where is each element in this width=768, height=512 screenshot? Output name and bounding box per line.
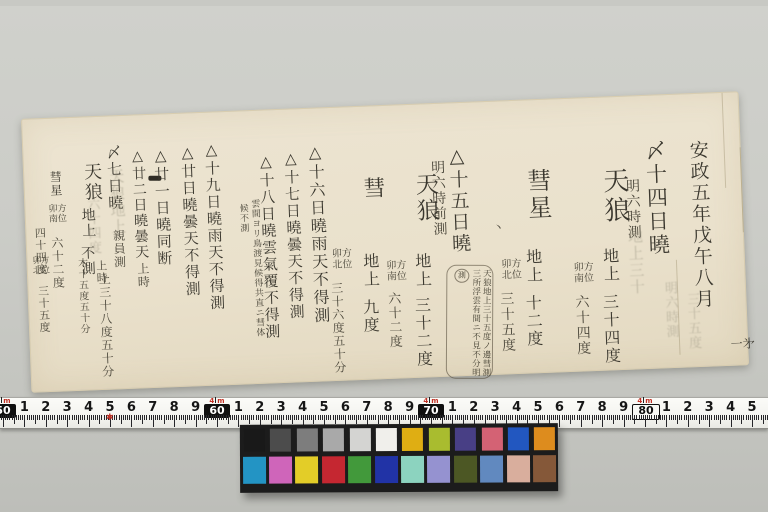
tape-tick: [594, 415, 595, 420]
color-patch: [533, 455, 556, 482]
tape-tick: [7, 415, 8, 420]
tape-tick: [318, 415, 319, 420]
tape-tick: [146, 415, 147, 420]
text-column: 上時: [137, 262, 150, 289]
text-column: 卯南: [384, 260, 395, 282]
tape-tick: [12, 415, 13, 420]
tape-tick: [172, 415, 173, 420]
tape-tick: [705, 415, 706, 420]
tape-tick: [401, 415, 402, 420]
tape-tick: [437, 415, 438, 420]
tape-tick: [557, 415, 558, 420]
tape-tick: [200, 415, 201, 420]
color-patch: [322, 456, 345, 483]
tape-tick: [598, 415, 599, 420]
tape-number: 1: [659, 400, 673, 415]
tape-tick: [286, 415, 287, 420]
tape-tick: [433, 415, 434, 420]
note-line-1: 天狼地上三十五度ノ邊彗測: [481, 269, 490, 375]
tape-meter-label-part: [1, 397, 2, 403]
text-column: △廿一日曉同断: [152, 146, 172, 267]
tape-tick: [519, 415, 520, 420]
color-patch: [480, 455, 503, 482]
tape-tick: [166, 415, 167, 420]
tape-tick: [185, 415, 186, 424]
tape-tick: [592, 415, 593, 424]
tape-tick: [116, 415, 117, 420]
tape-tick: [360, 415, 361, 420]
tape-tick: [101, 415, 102, 420]
tape-tick: [669, 415, 670, 420]
tape-tick: [722, 415, 723, 420]
tape-tick: [33, 415, 34, 420]
tape-tick: [724, 415, 725, 420]
tape-number: 7: [574, 400, 588, 415]
tape-tick: [236, 415, 237, 420]
tape-tick: [142, 415, 143, 424]
tape-number: 6: [338, 400, 352, 415]
tape-tick: [427, 415, 428, 420]
tape-number: 4: [82, 400, 96, 415]
tape-tick: [529, 415, 530, 420]
tape-tick: [76, 415, 77, 420]
tape-tick: [686, 415, 687, 420]
tape-tick: [31, 415, 32, 420]
tape-tick: [752, 415, 753, 427]
tape-tick: [690, 415, 691, 420]
tape-meter-label-part: [643, 397, 644, 403]
tape-tick: [628, 415, 629, 420]
tape-tick: [617, 415, 618, 420]
tape-number: 4: [296, 400, 310, 415]
tape-number: 2: [39, 400, 53, 415]
text-column: △廿二日曉曇天: [130, 148, 148, 260]
tape-tick: [568, 415, 569, 420]
tape-tick: [540, 415, 541, 420]
tape-number: 4: [724, 400, 738, 415]
tape-tick: [746, 415, 747, 420]
tape-tick: [181, 415, 182, 420]
tape-tick: [93, 415, 94, 420]
tape-tick: [251, 415, 252, 420]
bleedthrough-text-column: 三十五度: [685, 292, 700, 351]
tape-tick: [510, 415, 511, 420]
tape-tick: [418, 415, 419, 420]
tape-tick: [82, 415, 83, 420]
tape-meter-label-part: m: [645, 397, 652, 405]
text-column: 卯南: [571, 261, 582, 283]
tape-tick: [636, 415, 637, 420]
tape-tick: [348, 415, 349, 420]
tape-tick: [585, 415, 586, 420]
tape-tick: [429, 415, 430, 420]
tape-number: 3: [702, 400, 716, 415]
tape-meter-label-part: m: [431, 397, 438, 405]
tape-tick: [607, 415, 608, 420]
tape-tick: [375, 415, 376, 420]
tape-tick: [515, 415, 516, 420]
tape-tick: [191, 415, 192, 420]
tape-number: 9: [403, 400, 417, 415]
tape-tick: [395, 415, 396, 420]
tape-tick: [35, 415, 36, 424]
text-column: 候不測: [237, 203, 247, 233]
bleedthrough-text-column: 天狼地上: [108, 168, 126, 236]
tape-tick: [681, 415, 682, 420]
tape-tick: [273, 415, 274, 420]
tape-meter-label: 4m: [0, 397, 16, 405]
tape-number: 7: [146, 400, 160, 415]
tape-tick: [339, 415, 340, 420]
tape-tick: [613, 415, 614, 424]
tape-number: 2: [681, 400, 695, 415]
text-column: 彗星: [524, 168, 550, 223]
tape-tick: [157, 415, 158, 420]
tape-number: 8: [381, 400, 395, 415]
tape-tick: [97, 415, 98, 420]
tape-tick: [352, 415, 353, 420]
tape-tick: [666, 415, 667, 427]
color-patch: [401, 456, 424, 483]
tape-tick: [194, 415, 195, 420]
tape-tick: [307, 415, 308, 420]
tape-tick: [677, 415, 678, 424]
text-column: 六十四度: [574, 294, 590, 356]
tape-tick: [555, 415, 556, 420]
color-patch: [348, 456, 371, 483]
tape-tick: [215, 415, 216, 420]
tape-tick: [765, 415, 766, 420]
tape-tick: [553, 415, 554, 420]
text-column: 三十二度: [413, 296, 432, 368]
tape-tick: [52, 415, 53, 420]
tape-tick: [343, 415, 344, 420]
text-column: 六十二度: [51, 236, 65, 289]
text-column: 卯北: [30, 255, 40, 275]
tape-tick: [493, 415, 494, 420]
tape-number: 5: [745, 400, 759, 415]
color-patch: [270, 429, 291, 452]
tape-tick: [502, 415, 503, 420]
tape-tick: [155, 415, 156, 420]
tape-tick: [298, 415, 299, 420]
tape-number: 5: [317, 400, 331, 415]
tape-tick: [42, 415, 43, 420]
text-column: △十七日曉曇天不得測: [282, 149, 304, 320]
color-patch: [481, 427, 502, 450]
tape-tick: [114, 415, 115, 420]
tape-tick: [183, 415, 184, 420]
tape-number: 1: [231, 400, 245, 415]
tape-tick: [48, 415, 49, 420]
text-column: 卯北: [499, 258, 510, 280]
tape-tick: [626, 415, 627, 420]
tape-tick: [536, 415, 537, 420]
tape-tick: [95, 415, 96, 420]
tape-number: 6: [124, 400, 138, 415]
text-column: 卯北: [329, 248, 340, 270]
color-patch: [455, 428, 476, 451]
tape-tick: [720, 415, 721, 424]
text-column: 三十六度五十分: [331, 282, 347, 375]
tape-tick: [699, 415, 700, 424]
text-column: 卯南: [46, 204, 56, 224]
tape-tick: [369, 415, 370, 420]
tape-tick: [59, 415, 60, 420]
text-column: 彗: [360, 176, 383, 201]
tape-tick: [378, 415, 379, 424]
text-column: 天狼: [412, 172, 437, 224]
color-patch: [323, 428, 344, 451]
tape-tick: [221, 415, 222, 420]
tape-tick: [245, 415, 246, 420]
tape-tick: [16, 415, 17, 420]
tape-tick: [566, 415, 567, 420]
tape-tick: [256, 415, 257, 420]
tape-meter-label-part: [215, 397, 216, 403]
tape-tick: [196, 415, 197, 427]
tape-tick: [743, 415, 744, 420]
tape-tick: [91, 415, 92, 420]
tape-tick: [718, 415, 719, 420]
tape-tick: [258, 415, 259, 420]
tape-tick: [198, 415, 199, 420]
tape-tick: [679, 415, 680, 420]
tape-number: 1: [445, 400, 459, 415]
tape-tick: [756, 415, 757, 420]
tape-tick: [74, 415, 75, 420]
tape-tick: [168, 415, 169, 420]
tape-tick: [525, 415, 526, 420]
color-patch: [454, 456, 477, 483]
tape-tick: [243, 415, 244, 420]
tape-tick: [358, 415, 359, 420]
tape-tick: [405, 415, 406, 420]
tape-tick: [253, 415, 254, 420]
tape-tick: [726, 415, 727, 420]
tape-tick: [3, 415, 4, 427]
background-top-shade: [0, 0, 768, 6]
tape-meter-label-part: 4: [637, 397, 642, 405]
tape-tick: [161, 415, 162, 420]
tape-number: 9: [189, 400, 203, 415]
tape-tick: [487, 415, 488, 420]
tape-tick: [153, 415, 154, 427]
tape-tick: [397, 415, 398, 420]
tape-tick: [159, 415, 160, 420]
tape-number: 6: [552, 400, 566, 415]
tape-tick: [758, 415, 759, 420]
tape-tick: [476, 415, 477, 420]
tape-tick: [328, 415, 329, 420]
text-column: 〆十四日曉: [643, 139, 668, 257]
tape-tick: [104, 415, 105, 420]
color-patch: [534, 427, 555, 450]
text-column: 六十二度: [386, 292, 401, 350]
tape-tick: [271, 415, 272, 424]
crease-line: [722, 93, 727, 188]
tape-tick: [602, 415, 603, 427]
tape-tick: [20, 415, 21, 420]
observation-note-box: 天狼地上三十五度ノ邊彗測 三所浮雲有間ニ不見不分明 測: [446, 265, 494, 379]
tape-tick: [587, 415, 588, 420]
tape-tick: [733, 415, 734, 420]
tape-tick: [57, 415, 58, 424]
tape-tick: [247, 415, 248, 420]
tape-tick: [641, 415, 642, 420]
tape-tick: [630, 415, 631, 420]
tape-tick: [461, 415, 462, 420]
tape-tick: [315, 415, 316, 420]
tape-tick: [46, 415, 47, 427]
tape-tick: [579, 415, 580, 420]
tape-meter-label-part: 4: [209, 397, 214, 405]
tape-tick: [5, 415, 6, 420]
text-column: 三十四度: [601, 293, 620, 365]
tape-tick: [416, 415, 417, 420]
tape-tick: [448, 415, 449, 420]
tape-tick: [559, 415, 560, 427]
tape-tick: [542, 415, 543, 420]
tape-tick: [309, 415, 310, 420]
tape-tick: [735, 415, 736, 420]
tape-tick: [600, 415, 601, 420]
text-column: 上三十八度五十分: [98, 273, 114, 379]
tape-tick: [268, 415, 269, 420]
tape-tick: [176, 415, 177, 420]
tape-tick: [611, 415, 612, 420]
tape-tick: [14, 415, 15, 424]
tape-tick: [671, 415, 672, 420]
tape-tick: [356, 415, 357, 424]
tape-tick: [547, 415, 548, 420]
tape-tick: [688, 415, 689, 427]
tape-tick: [264, 415, 265, 420]
tape-tick: [649, 415, 650, 420]
tape-tick: [425, 415, 426, 420]
color-patch: [376, 428, 397, 451]
color-patch: [374, 456, 397, 483]
tape-tick: [647, 415, 648, 420]
tape-tick: [127, 415, 128, 420]
tape-tick: [645, 415, 646, 427]
tape-tick: [125, 415, 126, 420]
tape-tick: [54, 415, 55, 420]
tape-number: 3: [488, 400, 502, 415]
tape-tick: [371, 415, 372, 420]
tape-tick: [422, 415, 423, 420]
tape-tick: [204, 415, 205, 420]
tape-tick: [322, 415, 323, 420]
tape-number: 5: [531, 400, 545, 415]
tape-tick: [692, 415, 693, 420]
tape-tick: [482, 415, 483, 420]
tape-tick: [467, 415, 468, 420]
tape-tick: [564, 415, 565, 420]
text-column: △廿日曉曇天不得測: [179, 143, 200, 298]
tape-tick: [754, 415, 755, 420]
tape-tick: [716, 415, 717, 420]
tape-tick: [279, 415, 280, 420]
tape-tick: [412, 415, 413, 420]
tape-meter-label: 4m: [632, 397, 658, 405]
tape-tick: [121, 415, 122, 424]
tape-tick: [313, 415, 314, 424]
tape-tick: [277, 415, 278, 420]
bleedthrough-text-column: 地上三十: [627, 228, 645, 296]
text-column: 安政五年戊午八月: [687, 140, 713, 311]
tape-tick: [390, 415, 391, 420]
text-column: △十六日曉雨天不得測: [306, 142, 329, 325]
tape-tick: [380, 415, 381, 420]
tape-tick: [651, 415, 652, 420]
tape-tick: [18, 415, 19, 420]
tape-meter-label-part: [429, 397, 430, 403]
tape-tick: [457, 415, 458, 420]
tape-tick: [544, 415, 545, 420]
text-column: 三十五度: [37, 285, 50, 334]
tape-number: 3: [274, 400, 288, 415]
tape-tick: [435, 415, 436, 420]
tape-tick: [714, 415, 715, 420]
tape-tick: [729, 415, 730, 420]
tape-tick: [675, 415, 676, 420]
tape-tick: [632, 415, 633, 420]
color-patch: [427, 456, 450, 483]
tape-tick: [27, 415, 28, 420]
tape-tick: [275, 415, 276, 420]
crease-line: [740, 147, 744, 232]
tape-tick: [37, 415, 38, 420]
tape-tick: [354, 415, 355, 420]
tape-tick: [296, 415, 297, 420]
tape-tick: [763, 415, 764, 424]
tape-tick: [446, 415, 447, 420]
tape-number: 8: [167, 400, 181, 415]
tape-tick: [63, 415, 64, 420]
tape-number: 2: [253, 400, 267, 415]
text-column: 九度: [361, 298, 378, 334]
tape-tick: [664, 415, 665, 420]
tape-tick: [288, 415, 289, 420]
tape-tick: [234, 415, 235, 420]
tape-tick: [61, 415, 62, 420]
text-column: 地上: [413, 252, 430, 288]
tape-tick: [534, 415, 535, 420]
tape-tick: [577, 415, 578, 420]
tape-tick: [694, 415, 695, 420]
tape-tick: [241, 415, 242, 420]
tape-tick: [463, 415, 464, 424]
tape-tick: [134, 415, 135, 420]
tape-tick: [634, 415, 635, 424]
tape-tick: [570, 415, 571, 424]
tape-tick: [333, 415, 334, 420]
tape-tick: [615, 415, 616, 420]
tape-tick: [320, 415, 321, 420]
tape-tick: [478, 415, 479, 420]
tape-tick: [739, 415, 740, 420]
tape-tick: [465, 415, 466, 420]
tape-tick: [707, 415, 708, 420]
tape-tick: [211, 415, 212, 420]
tape-tick: [206, 415, 207, 424]
tape-tick: [504, 415, 505, 420]
tape-tick: [709, 415, 710, 427]
tape-meter-label-part: 4: [423, 397, 428, 405]
tape-tick: [136, 415, 137, 420]
tape-tick: [39, 415, 40, 420]
